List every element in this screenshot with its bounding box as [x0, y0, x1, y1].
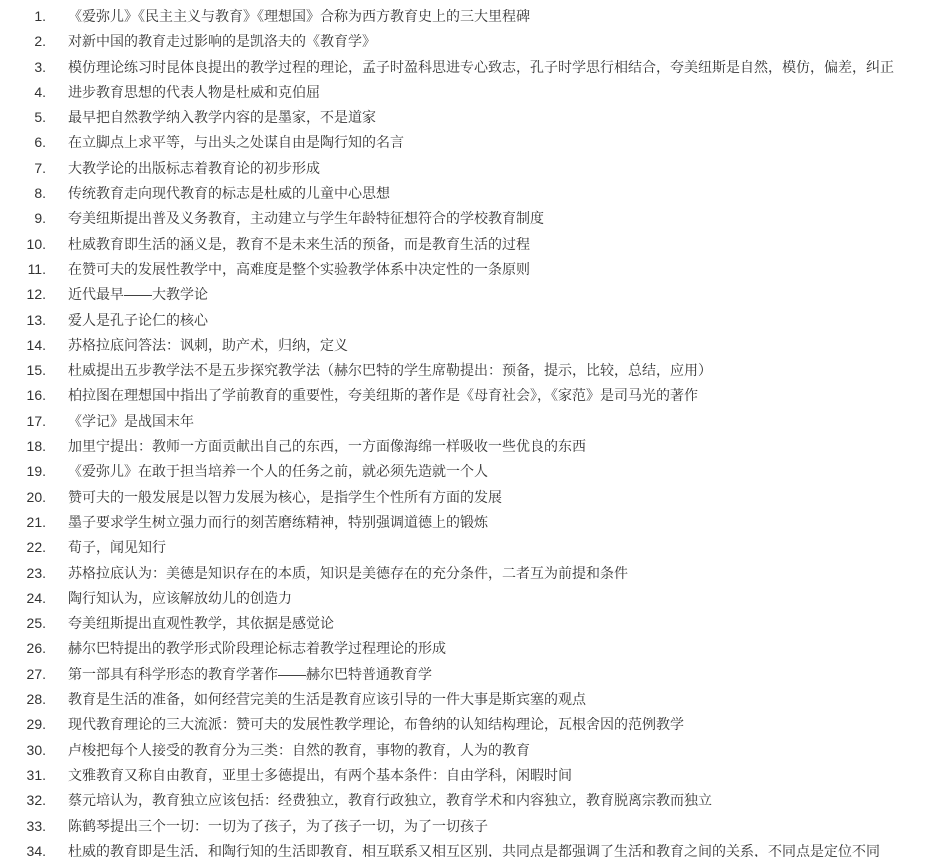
- list-item-text: 赫尔巴特提出的教学形式阶段理论标志着教学过程理论的形成: [68, 636, 446, 661]
- notes-document: 1.《爱弥儿》《民主主义与教育》《理想国》合称为西方教育史上的三大里程碑 2.对…: [0, 0, 926, 857]
- list-item-number: 2.: [0, 29, 46, 54]
- list-item-number: 13.: [0, 308, 46, 333]
- list-item-text: 杜威提出五步教学法不是五步探究教学法（赫尔巴特的学生席勒提出：预备，提示，比较，…: [68, 358, 712, 383]
- list-item-text: 苏格拉底认为：美德是知识存在的本质，知识是美德存在的充分条件，二者互为前提和条件: [68, 561, 628, 586]
- list-item-text: 夸美纽斯提出普及义务教育，主动建立与学生年龄特征想符合的学校教育制度: [68, 206, 544, 231]
- list-item: 28.教育是生活的准备，如何经营完美的生活是教育应该引导的一件大事是斯宾塞的观点: [0, 687, 926, 712]
- list-item: 23.苏格拉底认为：美德是知识存在的本质，知识是美德存在的充分条件，二者互为前提…: [0, 561, 926, 586]
- list-item-text: 现代教育理论的三大流派：赞可夫的发展性教学理论，布鲁纳的认知结构理论，瓦根舍因的…: [68, 712, 684, 737]
- list-item-number: 26.: [0, 636, 46, 661]
- list-item: 5.最早把自然教学纳入教学内容的是墨家，不是道家: [0, 105, 926, 130]
- list-item-text: 教育是生活的准备，如何经营完美的生活是教育应该引导的一件大事是斯宾塞的观点: [68, 687, 586, 712]
- list-item-number: 21.: [0, 510, 46, 535]
- list-item: 32.蔡元培认为，教育独立应该包括：经费独立，教育行政独立，教育学术和内容独立，…: [0, 788, 926, 813]
- list-item-text: 蔡元培认为，教育独立应该包括：经费独立，教育行政独立，教育学术和内容独立，教育脱…: [68, 788, 712, 813]
- list-item-number: 20.: [0, 485, 46, 510]
- list-item-number: 25.: [0, 611, 46, 636]
- list-item-text: 赞可夫的一般发展是以智力发展为核心，是指学生个性所有方面的发展: [68, 485, 502, 510]
- list-item: 17.《学记》是战国末年: [0, 409, 926, 434]
- list-item: 9.夸美纽斯提出普及义务教育，主动建立与学生年龄特征想符合的学校教育制度: [0, 206, 926, 231]
- list-item-number: 14.: [0, 333, 46, 358]
- list-item: 14.苏格拉底问答法：讽刺，助产术，归纳，定义: [0, 333, 926, 358]
- list-item: 8.传统教育走向现代教育的标志是杜威的儿童中心思想: [0, 181, 926, 206]
- list-item-number: 4.: [0, 80, 46, 105]
- list-item: 16.柏拉图在理想国中指出了学前教育的重要性，夸美纽斯的著作是《母育社会》，《家…: [0, 383, 926, 408]
- list-item-number: 16.: [0, 383, 46, 408]
- list-item: 24.陶行知认为，应该解放幼儿的创造力: [0, 586, 926, 611]
- list-item: 20.赞可夫的一般发展是以智力发展为核心，是指学生个性所有方面的发展: [0, 485, 926, 510]
- list-item: 34.杜威的教育即是生活，和陶行知的生活即教育，相互联系又相互区别，共同点是都强…: [0, 839, 926, 857]
- list-item-number: 11.: [0, 257, 46, 282]
- list-item-number: 30.: [0, 738, 46, 763]
- list-item: 22.荀子，闻见知行: [0, 535, 926, 560]
- list-item-number: 27.: [0, 662, 46, 687]
- list-item: 19.《爱弥儿》在敢于担当培养一个人的任务之前，就必须先造就一个人: [0, 459, 926, 484]
- list-item: 12.近代最早——大教学论: [0, 282, 926, 307]
- list-item: 33.陈鹤琴提出三个一切：一切为了孩子，为了孩子一切，为了一切孩子: [0, 814, 926, 839]
- list-item-text: 文雅教育又称自由教育，亚里士多德提出，有两个基本条件：自由学科，闲暇时间: [68, 763, 572, 788]
- list-item: 31.文雅教育又称自由教育，亚里士多德提出，有两个基本条件：自由学科，闲暇时间: [0, 763, 926, 788]
- list-item: 25.夸美纽斯提出直观性教学，其依据是感觉论: [0, 611, 926, 636]
- list-item-text: 近代最早——大教学论: [68, 282, 208, 307]
- list-item-text: 墨子要求学生树立强力而行的刻苦磨练精神，特别强调道德上的锻炼: [68, 510, 488, 535]
- list-item-text: 在赞可夫的发展性教学中，高难度是整个实验教学体系中决定性的一条原则: [68, 257, 530, 282]
- list-item-number: 23.: [0, 561, 46, 586]
- list-item-text: 爱人是孔子论仁的核心: [68, 308, 208, 333]
- list-item-number: 33.: [0, 814, 46, 839]
- list-item-number: 15.: [0, 358, 46, 383]
- list-item-number: 8.: [0, 181, 46, 206]
- list-item: 29.现代教育理论的三大流派：赞可夫的发展性教学理论，布鲁纳的认知结构理论，瓦根…: [0, 712, 926, 737]
- list-item-text: 卢梭把每个人接受的教育分为三类：自然的教育，事物的教育，人为的教育: [68, 738, 530, 763]
- list-item-text: 《爱弥儿》在敢于担当培养一个人的任务之前，就必须先造就一个人: [68, 459, 488, 484]
- list-item-number: 34.: [0, 839, 46, 857]
- list-item-text: 陶行知认为，应该解放幼儿的创造力: [68, 586, 292, 611]
- list-item: 13.爱人是孔子论仁的核心: [0, 308, 926, 333]
- list-item: 10.杜威教育即生活的涵义是，教育不是未来生活的预备，而是教育生活的过程: [0, 232, 926, 257]
- list-item-text: 大教学论的出版标志着教育论的初步形成: [68, 156, 320, 181]
- list-item-number: 3.: [0, 55, 46, 80]
- list-item-text: 《学记》是战国末年: [68, 409, 194, 434]
- list-item-number: 6.: [0, 130, 46, 155]
- list-item-number: 24.: [0, 586, 46, 611]
- list-item-number: 18.: [0, 434, 46, 459]
- list-item-text: 陈鹤琴提出三个一切：一切为了孩子，为了孩子一切，为了一切孩子: [68, 814, 488, 839]
- list-item-number: 17.: [0, 409, 46, 434]
- list-item-number: 9.: [0, 206, 46, 231]
- list-item: 6.在立脚点上求平等，与出头之处谋自由是陶行知的名言: [0, 130, 926, 155]
- list-item: 7.大教学论的出版标志着教育论的初步形成: [0, 156, 926, 181]
- list-item-text: 加里宁提出：教师一方面贡献出自己的东西，一方面像海绵一样吸收一些优良的东西: [68, 434, 586, 459]
- list-item-text: 柏拉图在理想国中指出了学前教育的重要性，夸美纽斯的著作是《母育社会》，《家范》是…: [68, 383, 698, 408]
- list-item-text: 荀子，闻见知行: [68, 535, 166, 560]
- list-item-number: 31.: [0, 763, 46, 788]
- list-item-number: 28.: [0, 687, 46, 712]
- list-item-number: 22.: [0, 535, 46, 560]
- list-item-text: 夸美纽斯提出直观性教学，其依据是感觉论: [68, 611, 334, 636]
- list-item: 15.杜威提出五步教学法不是五步探究教学法（赫尔巴特的学生席勒提出：预备，提示，…: [0, 358, 926, 383]
- list-item-text: 在立脚点上求平等，与出头之处谋自由是陶行知的名言: [68, 130, 404, 155]
- list-item: 30.卢梭把每个人接受的教育分为三类：自然的教育，事物的教育，人为的教育: [0, 738, 926, 763]
- list-item: 21.墨子要求学生树立强力而行的刻苦磨练精神，特别强调道德上的锻炼: [0, 510, 926, 535]
- list-item: 18.加里宁提出：教师一方面贡献出自己的东西，一方面像海绵一样吸收一些优良的东西: [0, 434, 926, 459]
- list-item: 1.《爱弥儿》《民主主义与教育》《理想国》合称为西方教育史上的三大里程碑: [0, 4, 926, 29]
- list-item: 26.赫尔巴特提出的教学形式阶段理论标志着教学过程理论的形成: [0, 636, 926, 661]
- list-item-text: 对新中国的教育走过影响的是凯洛夫的《教育学》: [68, 29, 376, 54]
- list-item-number: 10.: [0, 232, 46, 257]
- list-item: 2.对新中国的教育走过影响的是凯洛夫的《教育学》: [0, 29, 926, 54]
- list-item-number: 19.: [0, 459, 46, 484]
- list-item-number: 7.: [0, 156, 46, 181]
- list-item-text: 杜威的教育即是生活，和陶行知的生活即教育，相互联系又相互区别，共同点是都强调了生…: [68, 839, 880, 857]
- list-item: 3.模仿理论练习时昆体良提出的教学过程的理论，孟子时盈科思进专心致志，孔子时学思…: [0, 55, 926, 80]
- list-item-number: 32.: [0, 788, 46, 813]
- list-item-text: 进步教育思想的代表人物是杜威和克伯屈: [68, 80, 320, 105]
- list-item: 27.第一部具有科学形态的教育学著作——赫尔巴特普通教育学: [0, 662, 926, 687]
- list-item-text: 传统教育走向现代教育的标志是杜威的儿童中心思想: [68, 181, 390, 206]
- list-item-text: 苏格拉底问答法：讽刺，助产术，归纳，定义: [68, 333, 348, 358]
- list-item-text: 杜威教育即生活的涵义是，教育不是未来生活的预备，而是教育生活的过程: [68, 232, 530, 257]
- list-item-number: 29.: [0, 712, 46, 737]
- list-item-number: 12.: [0, 282, 46, 307]
- list-item-number: 5.: [0, 105, 46, 130]
- list-item-text: 《爱弥儿》《民主主义与教育》《理想国》合称为西方教育史上的三大里程碑: [68, 4, 530, 29]
- list-item-number: 1.: [0, 4, 46, 29]
- list-item-text: 第一部具有科学形态的教育学著作——赫尔巴特普通教育学: [68, 662, 432, 687]
- list-item: 4.进步教育思想的代表人物是杜威和克伯屈: [0, 80, 926, 105]
- list-item: 11.在赞可夫的发展性教学中，高难度是整个实验教学体系中决定性的一条原则: [0, 257, 926, 282]
- list-item-text: 模仿理论练习时昆体良提出的教学过程的理论，孟子时盈科思进专心致志，孔子时学思行相…: [68, 55, 894, 80]
- list-item-text: 最早把自然教学纳入教学内容的是墨家，不是道家: [68, 105, 376, 130]
